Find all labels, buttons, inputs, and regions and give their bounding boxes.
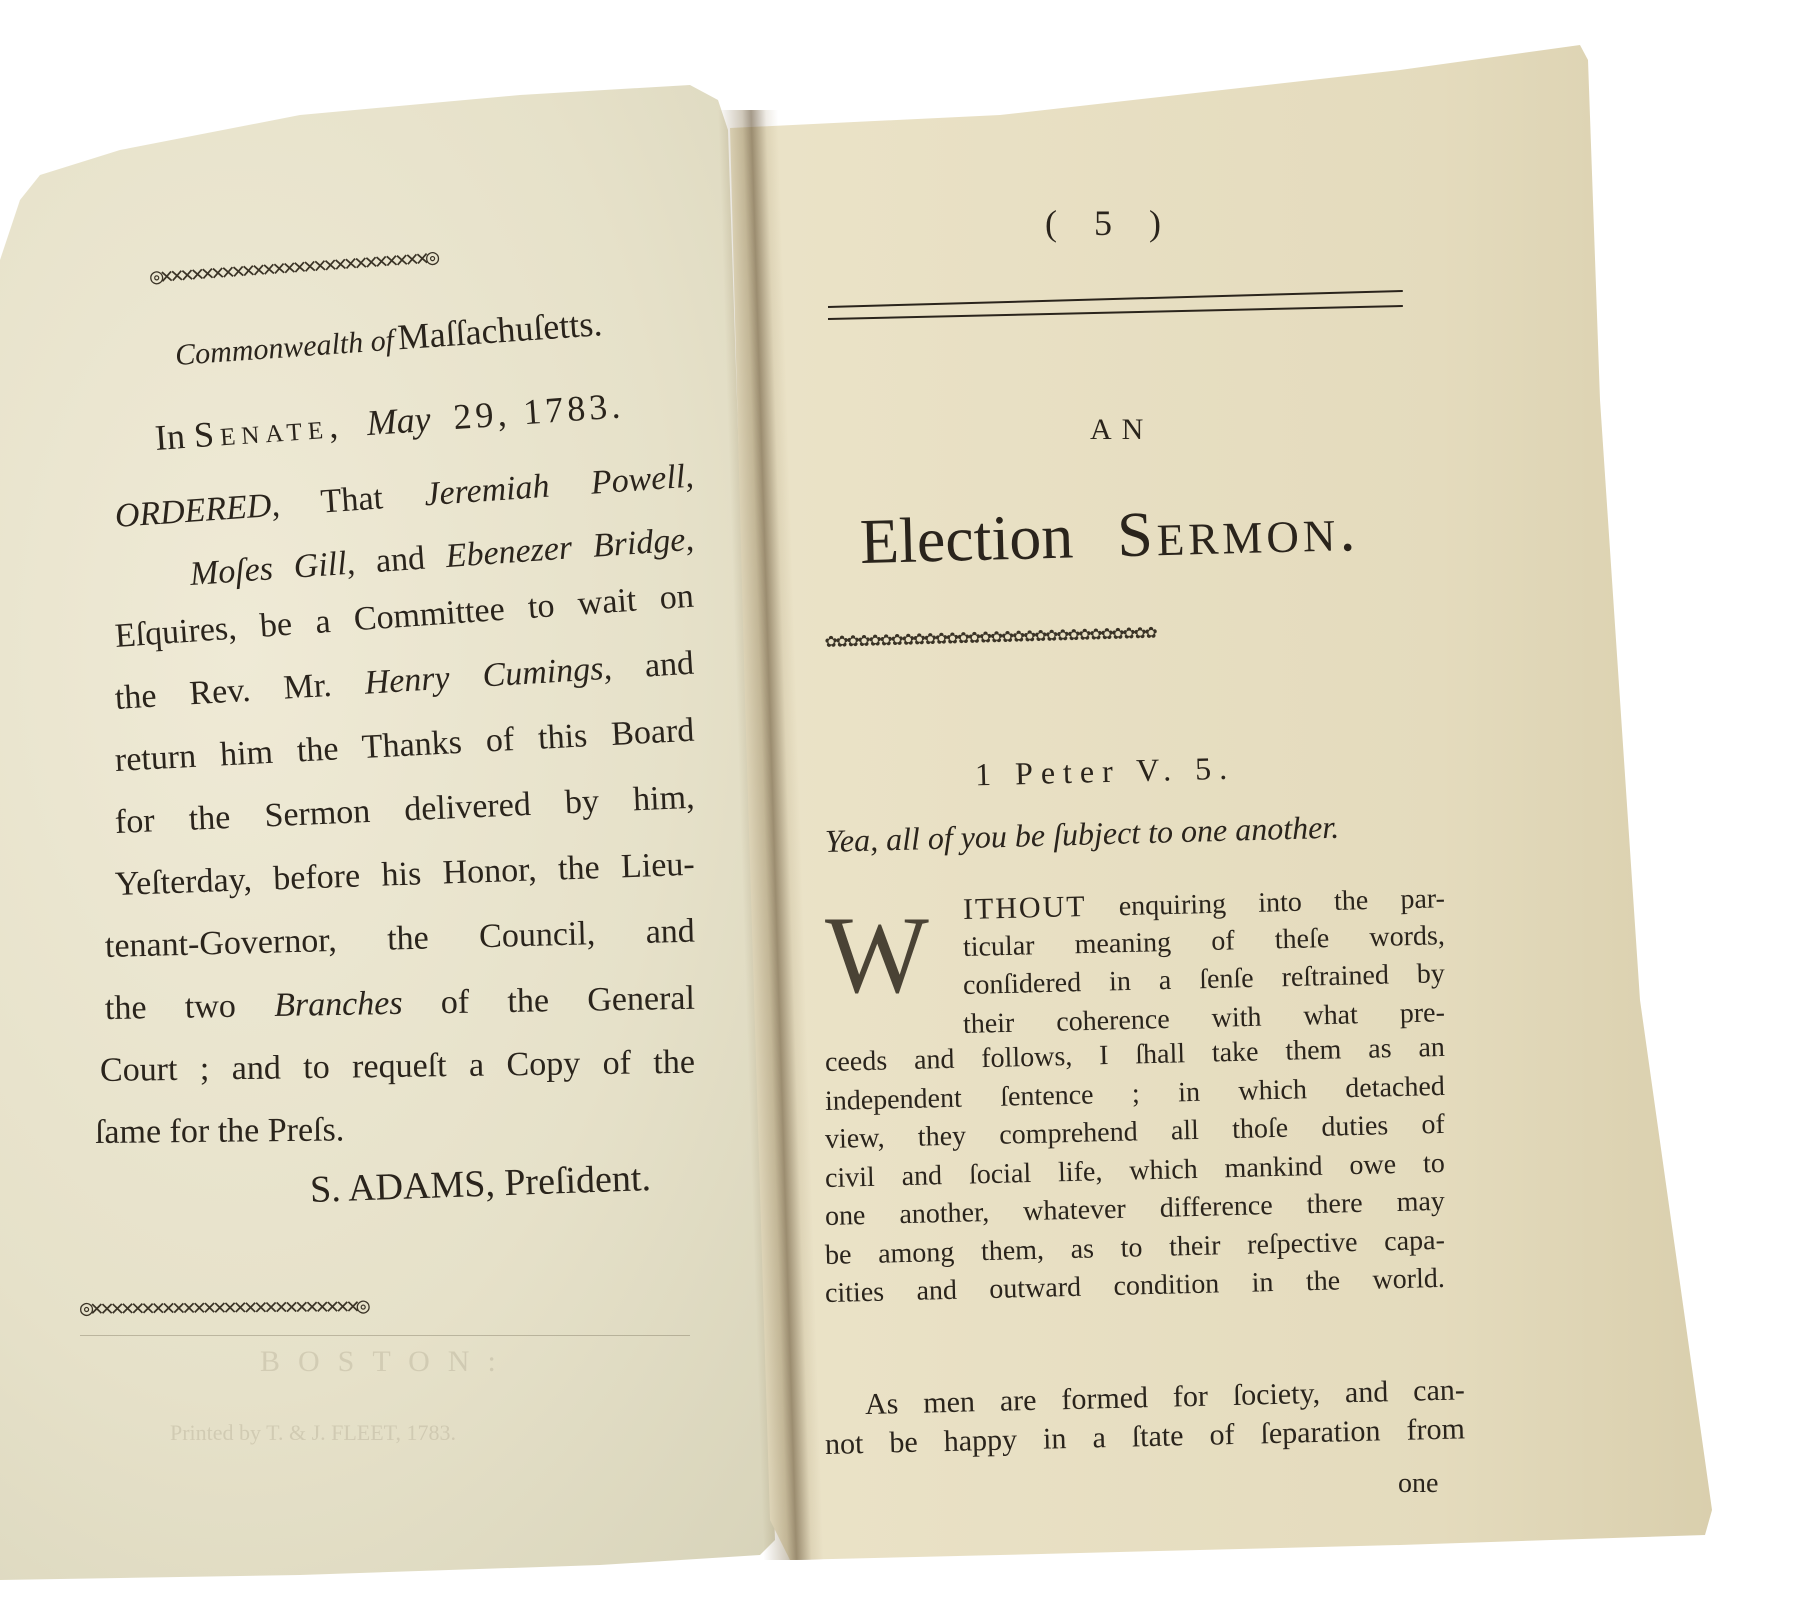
resolution-line: ſame for the Preſs.: [95, 1110, 695, 1150]
bleed-through-printer: Printed by T. & J. FLEET, 1783.: [170, 1420, 456, 1446]
drop-cap: W: [825, 900, 929, 1010]
bleed-through-imprint: BOSTON:: [260, 1345, 514, 1379]
title-election-sermon: Election Sermon.: [859, 497, 1360, 574]
page-number: ( 5 ): [1045, 205, 1175, 241]
title-an: AN: [1090, 415, 1153, 445]
resolution-line: Court ; and to requeſt a Copy of the: [100, 1046, 695, 1088]
left-bottom-rule: [80, 1335, 690, 1336]
ornament-bottom: ◎✕✕✕✕✕✕✕✕✕✕✕✕✕✕✕✕✕✕✕✕✕✕✕✕✕✕◎: [80, 1294, 367, 1322]
catchword: one: [1398, 1470, 1438, 1498]
scripture-reference: 1 Peter V. 5.: [975, 752, 1236, 791]
